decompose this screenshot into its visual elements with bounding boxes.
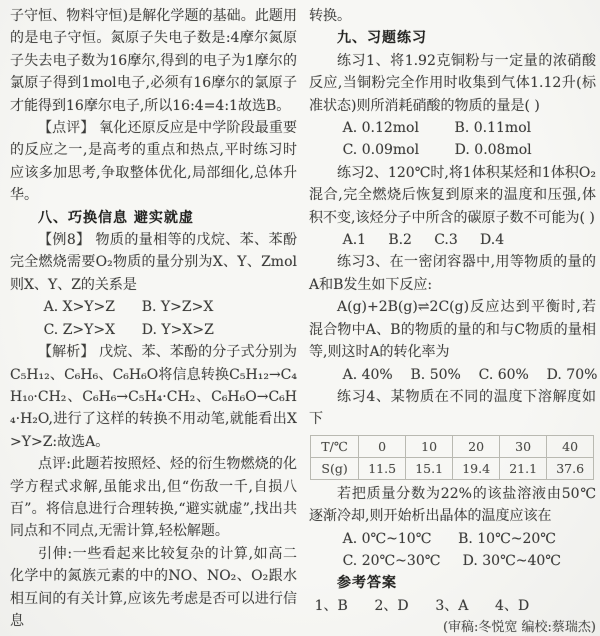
exercise4-options-ab: A. 0℃~10℃ B. 10℃~20℃ bbox=[309, 528, 596, 550]
scanned-document-page: 子守恒、物料守恒)是解化学题的基础。此题用的是电子守恒。氮原子失电子数是:4摩尔… bbox=[0, 0, 600, 636]
paragraph-conservation-continuation: 子守恒、物料守恒)是解化学题的基础。此题用的是电子守恒。氮原子失电子数是:4摩尔… bbox=[10, 5, 297, 117]
exercise1-options-cd: C. 0.09mol D. 0.08mol bbox=[309, 139, 596, 161]
table-cell: 19.4 bbox=[453, 457, 500, 479]
table-cell: 0 bbox=[359, 435, 406, 457]
table-cell: 10 bbox=[406, 435, 453, 457]
table-cell: 30 bbox=[500, 435, 547, 457]
paragraph-exercise-4: 练习4、某物质在不同的温度下溶解度如下 bbox=[309, 386, 596, 431]
paragraph-yinshen-extension: 引伸:一些看起来比较复杂的计算,如高二化学中的氮族元素的中的NO、NO₂、O₂跟… bbox=[10, 543, 297, 633]
paragraph-example-8: 【例8】 物质的量相等的戊烷、苯、苯酚完全燃烧需要O₂物质的量分别为X、Y、Zm… bbox=[10, 229, 297, 296]
table-row-solubility: S(g) 11.5 15.1 19.4 21.1 37.6 bbox=[311, 457, 594, 479]
solubility-table: T/℃ 0 10 20 30 40 S(g) 11.5 15.1 19.4 21… bbox=[310, 435, 594, 480]
table-cell: 20 bbox=[453, 435, 500, 457]
paragraph-exercise-3: 练习3、在一密闭容器中,用等物质的量的A和B发生如下反应: bbox=[309, 251, 596, 296]
example8-options-cd: C. Z>Y>X D. Y>X>Z bbox=[10, 319, 297, 341]
paragraph-dianping-redox: 【点评】 氧化还原反应是中学阶段最重要的反应之一,是高考的重点和热点,平时练习时… bbox=[10, 117, 297, 207]
paragraph-exercise-1: 练习1、将1.92克铜粉与一定量的浓硝酸反应,当铜粉完全作用时收集到气体1.12… bbox=[309, 50, 596, 117]
table-cell: 11.5 bbox=[359, 457, 406, 479]
table-cell: 37.6 bbox=[547, 457, 594, 479]
table-cell: 21.1 bbox=[500, 457, 547, 479]
paragraph-dianping-comment: 点评:此题若按照烃、烃的衍生物燃烧的化学方程式求解,虽能求出,但“伤敌一千,自损… bbox=[10, 453, 297, 543]
table-cell: S(g) bbox=[311, 457, 359, 479]
exercises-heading: 九、习题练习 bbox=[309, 27, 596, 49]
paragraph-exercise-3-equation: A(g)+2B(g)⇌2C(g)反应达到平衡时,若混合物中A、B的物质的量的和与… bbox=[309, 296, 596, 363]
credits-line: (审稿:冬悦宽 编校:蔡瑞杰) bbox=[309, 617, 596, 636]
table-row-temperature: T/℃ 0 10 20 30 40 bbox=[311, 435, 594, 457]
left-column: 子守恒、物料守恒)是解化学题的基础。此题用的是电子守恒。氮原子失电子数是:4摩尔… bbox=[10, 5, 297, 632]
table-cell: 15.1 bbox=[406, 457, 453, 479]
paragraph-zhuanhuan-continuation: 转换。 bbox=[309, 5, 596, 27]
right-column: 转换。 九、习题练习 练习1、将1.92克铜粉与一定量的浓硝酸反应,当铜粉完全作… bbox=[309, 5, 596, 636]
exercise1-options-ab: A. 0.12mol B. 0.11mol bbox=[309, 117, 596, 139]
table-cell: T/℃ bbox=[311, 435, 359, 457]
answers-heading: 参考答案 bbox=[309, 572, 596, 594]
example8-options-ab: A. X>Y>Z B. Y>Z>X bbox=[10, 296, 297, 318]
section-heading-8: 八、巧换信息 避实就虚 bbox=[10, 207, 297, 229]
exercise2-options: A.1 B.2 C.3 D.4 bbox=[309, 229, 596, 251]
exercise4-options-cd: C. 20℃~30℃ D. 30℃~40℃ bbox=[309, 550, 596, 572]
paragraph-exercise-4-question: 若把质量分数为22%的该盐溶液由50℃逐渐冷却,则开始析出晶体的温度应该在 bbox=[309, 483, 596, 528]
exercise3-options: A. 40% B. 50% C. 60% D. 70% bbox=[309, 364, 596, 386]
paragraph-jiexi-analysis: 【解析】 戊烷、苯、苯酚的分子式分别为C₅H₁₂、C₆H₆、C₆H₆O将信息转换… bbox=[10, 341, 297, 453]
table-cell: 40 bbox=[547, 435, 594, 457]
answer-key-line: 1、B 2、D 3、A 4、D bbox=[309, 595, 596, 617]
paragraph-exercise-2: 练习2、120℃时,将1体积某烃和1体积O₂混合,完全燃烧后恢复到原来的温度和压… bbox=[309, 162, 596, 229]
